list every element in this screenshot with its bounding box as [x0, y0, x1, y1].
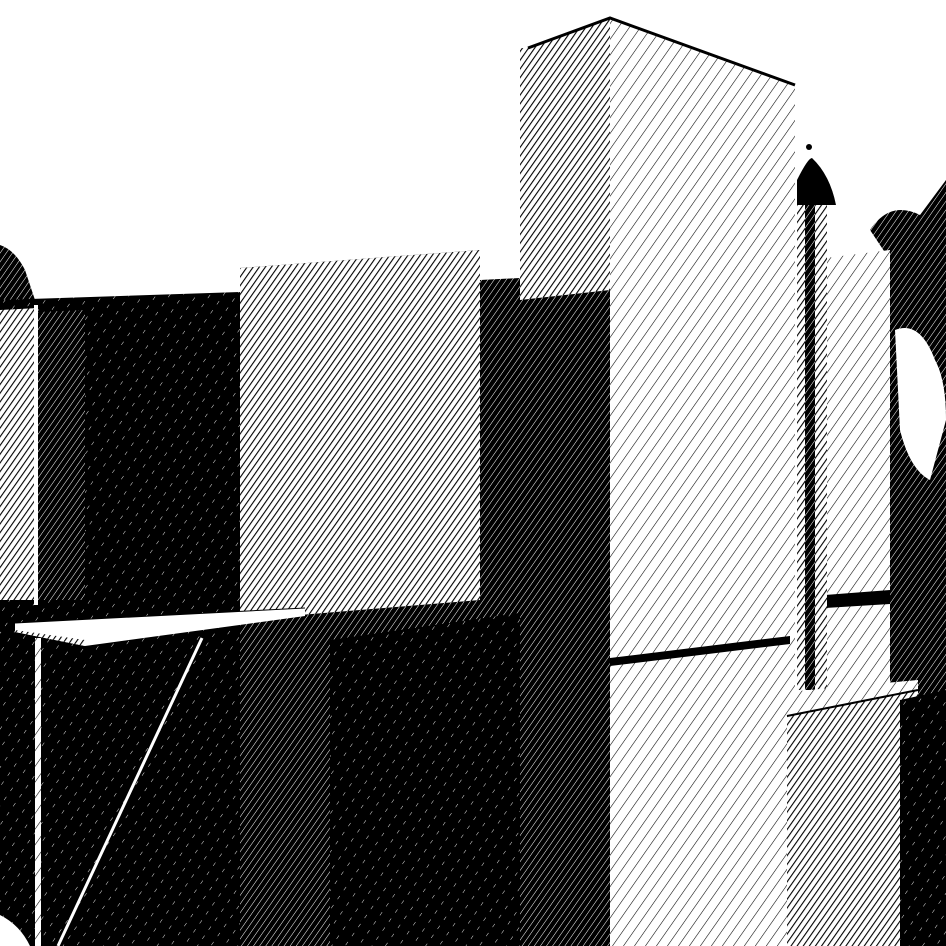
chimney-flue	[797, 205, 827, 690]
building-illustration	[0, 0, 946, 946]
right-block	[825, 250, 890, 700]
illustration-canvas: Modernist concrete building, hatched bla…	[0, 0, 946, 946]
right-lower-block	[787, 680, 946, 946]
canopy-support-pole	[35, 638, 41, 946]
tall-tower	[520, 18, 795, 946]
